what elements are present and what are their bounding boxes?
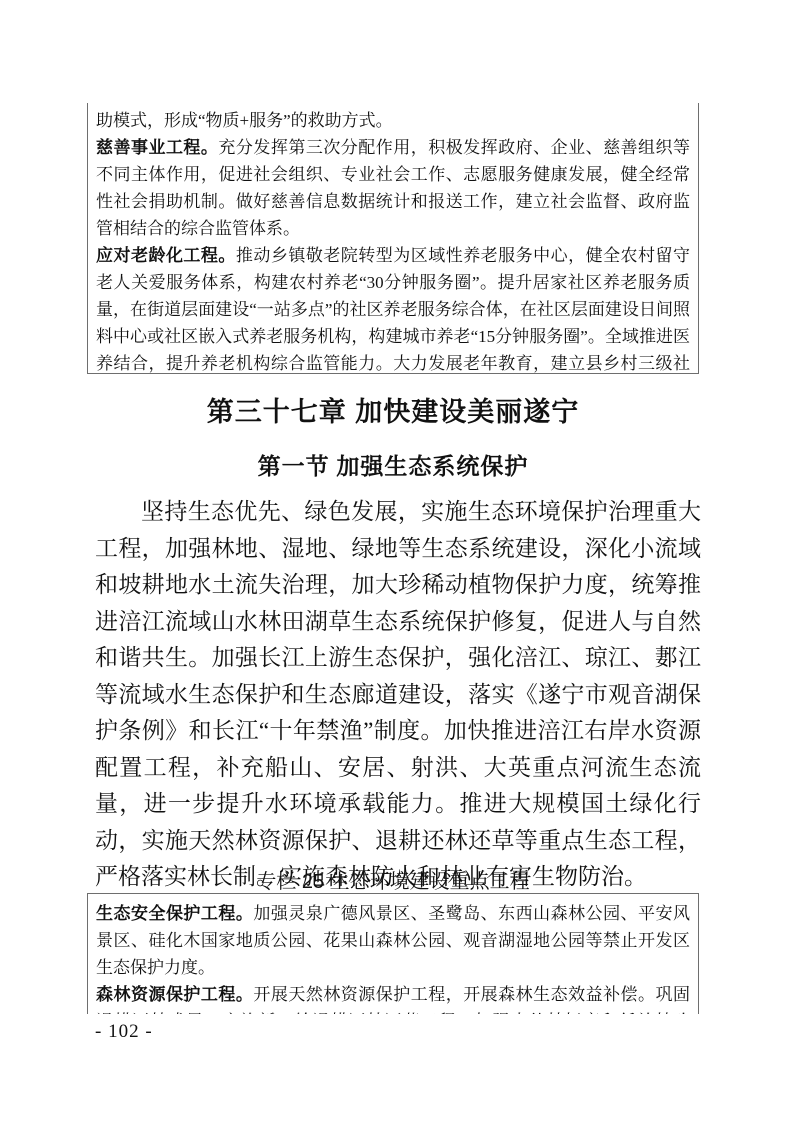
paragraph-lead: 生态安全保护工程。 — [96, 904, 253, 923]
continuation-text: 助模式，形成“物质+服务”的救助方式。 — [96, 111, 393, 130]
featured-projects-box-top: 助模式，形成“物质+服务”的救助方式。 慈善事业工程。充分发挥第三次分配作用，积… — [87, 103, 699, 374]
box-paragraph-eco-safety: 生态安全保护工程。加强灵泉广德风景区、圣鹭岛、东西山森林公园、平安风景区、硅化木… — [96, 900, 690, 981]
paragraph-lead: 慈善事业工程。 — [96, 138, 218, 157]
featured-projects-box-bottom: 生态安全保护工程。加强灵泉广德风景区、圣鹭岛、东西山森林公园、平安风景区、硅化木… — [87, 893, 699, 1014]
box-paragraph-charity: 慈善事业工程。充分发挥第三次分配作用，积极发挥政府、企业、慈善组织等不同主体作用… — [96, 134, 690, 242]
box-paragraph-forest: 森林资源保护工程。开展天然林资源保护工程，开展森林生态效益补偿。巩固退耕还林成果… — [96, 981, 690, 1014]
box-continuation-line: 助模式，形成“物质+服务”的救助方式。 — [96, 107, 690, 134]
paragraph-lead: 应对老龄化工程。 — [96, 246, 236, 265]
body-paragraph: 坚持生态优先、绿色发展，实施生态环境保护治理重大工程，加强林地、湿地、绿地等生态… — [95, 494, 701, 896]
column-25-caption: 专栏 25 生态环境建设重点工程 — [87, 865, 699, 894]
document-page: { "page": { "number_label": "- 102 -" },… — [0, 0, 793, 1122]
paragraph-text: 推动乡镇敬老院转型为区域性养老服务中心，健全农村留守老人关爱服务体系，构建农村养… — [96, 246, 690, 374]
section-heading: 第一节 加强生态系统保护 — [87, 448, 699, 481]
chapter-heading: 第三十七章 加快建设美丽遂宁 — [87, 390, 699, 429]
paragraph-lead: 森林资源保护工程。 — [96, 985, 253, 1004]
box-paragraph-aging: 应对老龄化工程。推动乡镇敬老院转型为区域性养老服务中心，健全农村留守老人关爱服务… — [96, 242, 690, 374]
page-number: - 102 - — [95, 1021, 153, 1043]
